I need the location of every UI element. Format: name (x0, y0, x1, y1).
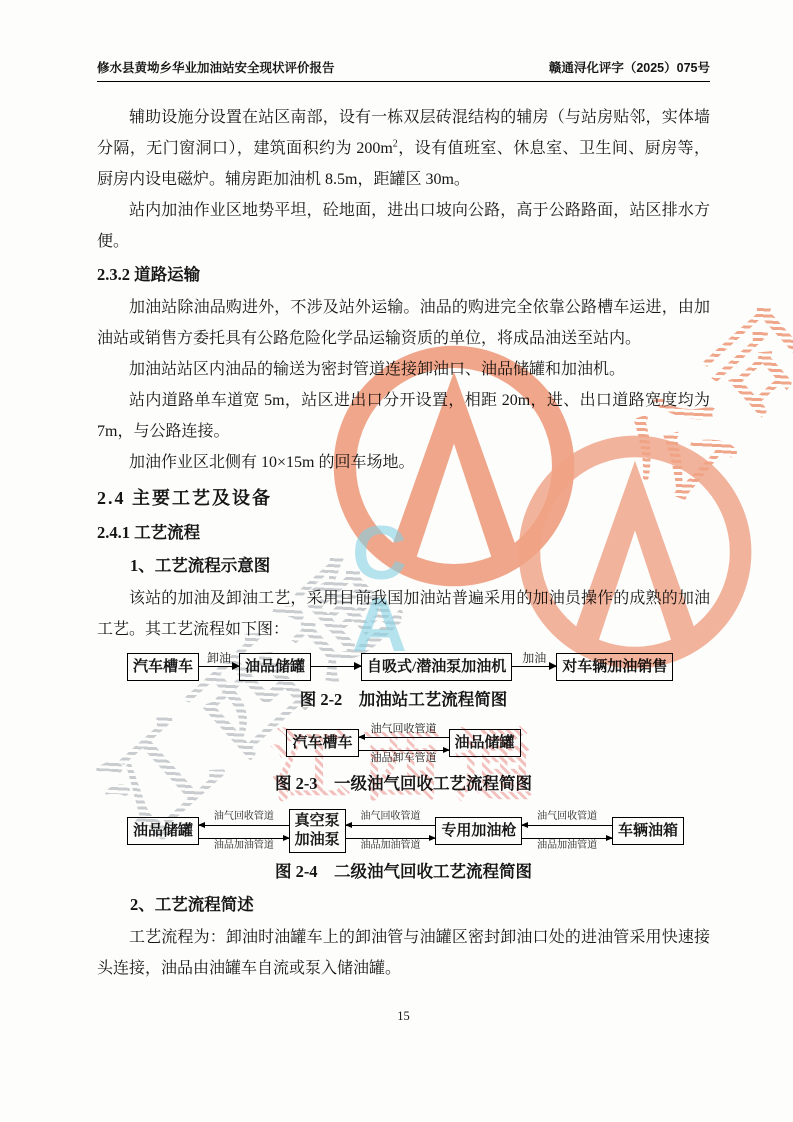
page-body: 辅助设施分设置在站区南部，设有一栋双层砖混结构的辅房（与站房贴邻，实体墙分隔，无… (97, 102, 710, 1032)
flow-box-tank-truck: 汽车槽车 (127, 653, 199, 681)
pipe-line-right-arrow (199, 838, 289, 839)
pipe-line-right-arrow (522, 838, 612, 839)
figure-2-2-caption: 图 2-2 加油站工艺流程简图 (97, 684, 710, 715)
paragraph-turnaround: 加油作业区北侧有 10×15m 的回车场地。 (97, 447, 710, 478)
pipe-label-oil-unloading: 油品卸车管道 (353, 752, 454, 764)
flow-box-dispenser: 自吸式/潜油泵加油机 (361, 653, 512, 681)
flow-box-vehicle-fuel-tank: 车辆油箱 (612, 817, 684, 845)
paragraph-process-intro: 该站的加油及卸油工艺，采用目前我国加油站普遍采用的加油员操作的成熟的加油工艺。其… (97, 583, 710, 645)
vapor-recovery-pipe: 油气回收管道 油品卸车管道 (359, 720, 449, 766)
subheading-flow-diagram: 1、工艺流程示意图 (97, 550, 710, 581)
flow-box-line-fuel-pump: 加油泵 (295, 831, 340, 850)
heading-2-4: 2.4 主要工艺及设备 (97, 482, 710, 515)
flow-box-oil-tank: 油品储罐 (127, 817, 199, 845)
header-report-title: 修水县黄坳乡华业加油站安全现状评价报告 (97, 60, 335, 76)
vapor-recovery-pipe: 油气回收管道 油品加油管道 (199, 808, 289, 854)
pipe-line-left-arrow (359, 737, 449, 738)
flow-box-vacuum-fuel-pump: 真空泵 加油泵 (289, 809, 346, 853)
pipe-label-oil-fueling: 油品加油管道 (340, 840, 440, 852)
page-number: 15 (97, 1001, 710, 1032)
pipe-line-right-arrow (346, 838, 436, 839)
figure-2-3-flow-diagram: 汽车槽车 油气回收管道 油品卸车管道 油品储罐 (97, 720, 710, 766)
flow-box-oil-tank: 油品储罐 (239, 653, 311, 681)
flow-box-fuel-nozzle: 专用加油枪 (435, 817, 522, 845)
pipe-label-vapor-recovery: 油气回收管道 (194, 811, 294, 823)
flow-arrow-refuel: 加油 (512, 652, 556, 682)
pipe-label-oil-fueling: 油品加油管道 (194, 840, 294, 852)
pipe-label-oil-fueling: 油品加油管道 (517, 840, 617, 852)
pipe-line-left-arrow (199, 825, 289, 826)
document-page: 修水县黄坳乡华业加油站安全现状评价报告 赣通浔化评字（2025）075号 辅助设… (0, 0, 793, 1122)
figure-2-2-flow-diagram: 汽车槽车 卸油 油品储罐 自吸式/潜油泵加油机 加油 对车辆加油销售 (127, 652, 710, 682)
pipe-line-left-arrow (346, 825, 436, 826)
flow-box-tank-truck: 汽车槽车 (286, 729, 358, 757)
arrow-line (311, 666, 361, 667)
paragraph-road-width: 站内道路单车道宽 5m，站区进出口分开设置，相距 20m，进、出口道路宽度均为 … (97, 385, 710, 447)
flow-arrow-unload: 卸油 (199, 652, 239, 682)
figure-2-3-caption: 图 2-3 一级油气回收工艺流程简图 (97, 768, 710, 799)
pipe-label-vapor-recovery: 油气回收管道 (353, 723, 454, 735)
paragraph-auxiliary-facilities: 辅助设施分设置在站区南部，设有一栋双层砖混结构的辅房（与站房贴邻，实体墙分隔，无… (97, 102, 710, 195)
figure-2-4-caption: 图 2-4 二级油气回收工艺流程简图 (97, 856, 710, 887)
flow-arrow-plain (311, 652, 361, 682)
paragraph-process-description: 工艺流程为：卸油时油罐车上的卸油管与油罐区密封卸油口处的进油管采用快速接头连接，… (97, 922, 710, 984)
page-header: 修水县黄坳乡华业加油站安全现状评价报告 赣通浔化评字（2025）075号 (97, 60, 710, 82)
paragraph-road-transport: 加油站除油品购进外，不涉及站外运输。油品的购进完全依靠公路槽车运进，由加油站或销… (97, 292, 710, 354)
subheading-process-description: 2、工艺流程简述 (97, 889, 710, 920)
flow-box-line-vacuum-pump: 真空泵 (295, 812, 340, 831)
heading-2-4-1: 2.4.1 工艺流程 (97, 517, 710, 548)
arrow-line (512, 666, 556, 667)
vapor-recovery-pipe: 油气回收管道 油品加油管道 (522, 808, 612, 854)
flow-box-vehicle-sales: 对车辆加油销售 (556, 653, 673, 681)
figure-2-4-flow-diagram: 油品储罐 油气回收管道 油品加油管道 真空泵 加油泵 油气回收管道 油品加油管道… (127, 808, 684, 854)
pipe-line-right-arrow (359, 750, 449, 751)
paragraph-pipeline: 加油站站区内油品的输送为密封管道连接卸油口、油品储罐和加油机。 (97, 354, 710, 385)
arrow-line (199, 666, 239, 667)
header-doc-number: 赣通浔化评字（2025）075号 (549, 60, 710, 76)
vapor-recovery-pipe: 油气回收管道 油品加油管道 (346, 808, 436, 854)
pipe-line-left-arrow (522, 825, 612, 826)
pipe-label-vapor-recovery: 油气回收管道 (340, 811, 440, 823)
flow-box-oil-tank: 油品储罐 (449, 729, 521, 757)
paragraph-site-terrain: 站内加油作业区地势平坦，砼地面，进出口坡向公路，高于公路路面，站区排水方便。 (97, 195, 710, 257)
heading-2-3-2: 2.3.2 道路运输 (97, 259, 710, 290)
pipe-label-vapor-recovery: 油气回收管道 (517, 811, 617, 823)
